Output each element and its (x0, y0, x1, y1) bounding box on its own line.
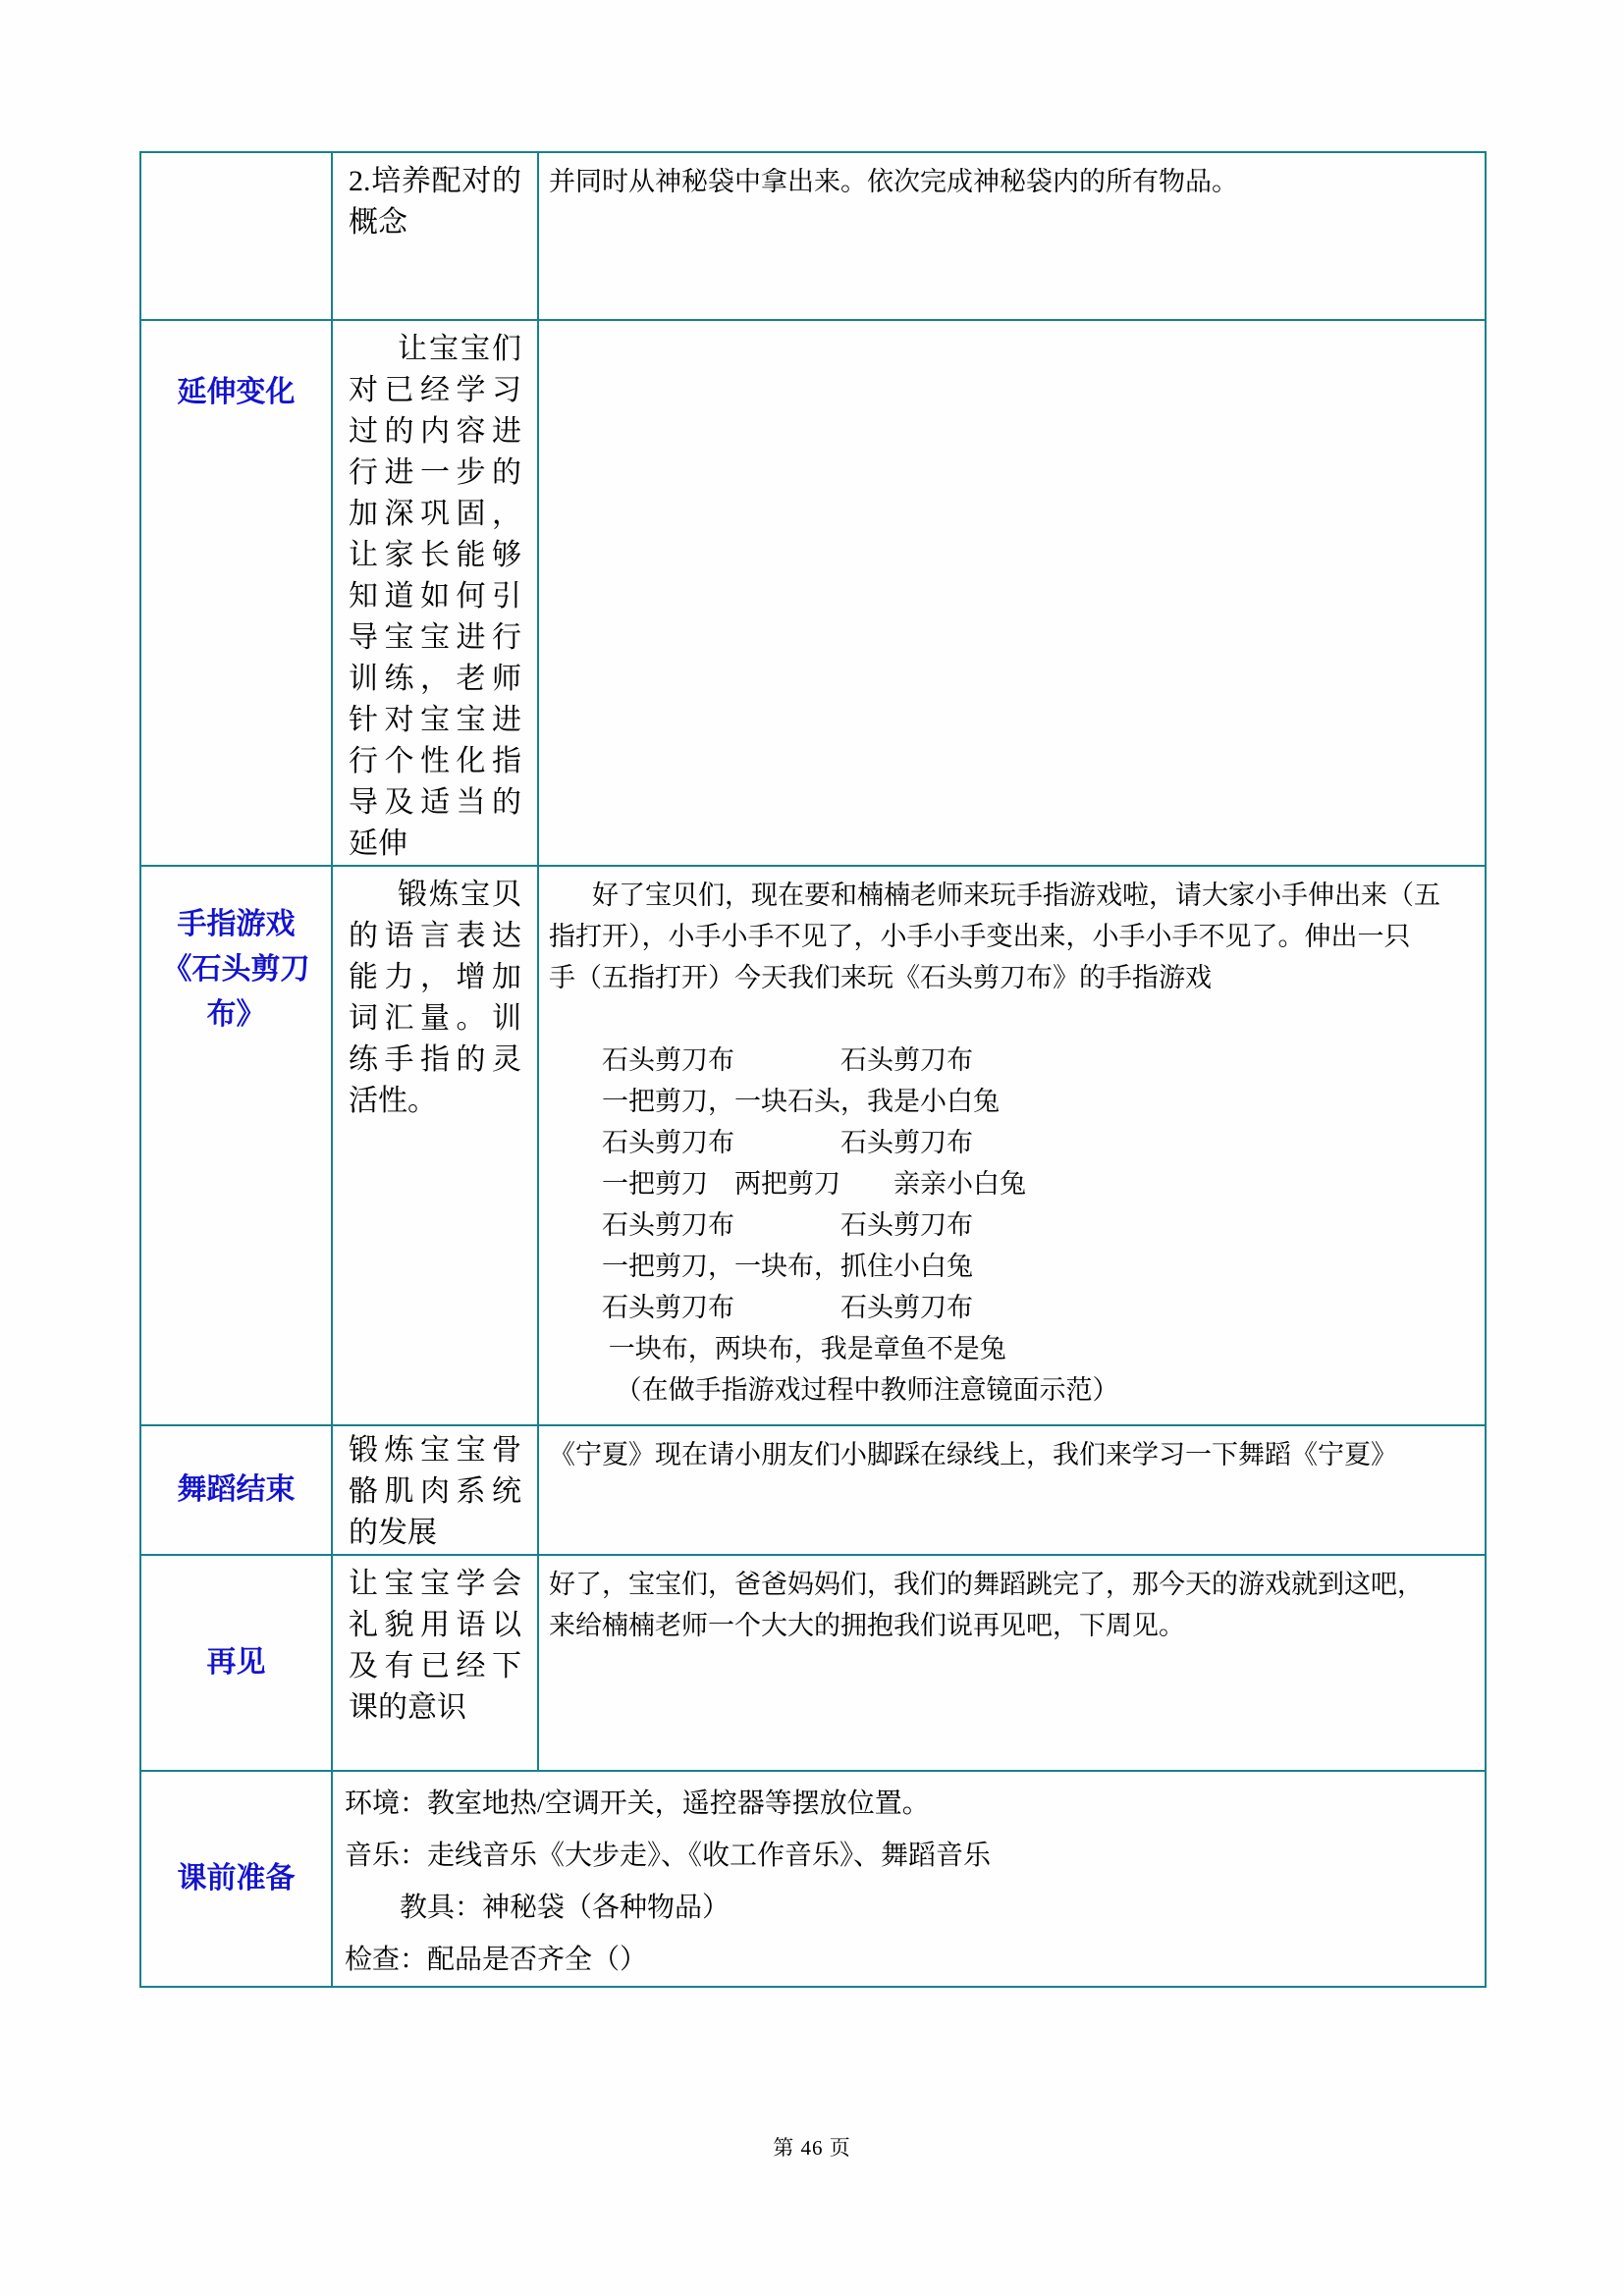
row3-objective-text: 锻炼宝贝的语言表达能力，增加词汇量。训练手指的灵活性。 (349, 875, 521, 1122)
row6-prep-line: 环境：教室地热/空调开关，遥控器等摆放位置。 (345, 1778, 1475, 1830)
row6-prep-cell: 环境：教室地热/空调开关，遥控器等摆放位置。 音乐：走线音乐《大步走》、《收工作… (332, 1771, 1486, 1987)
row3-rhyme-line: 一把剪刀 两把剪刀 亲亲小白兔 (549, 1163, 1477, 1204)
row6-label: 课前准备 (153, 1856, 319, 1901)
table-row-preparation: 课前准备 环境：教室地热/空调开关，遥控器等摆放位置。 音乐：走线音乐《大步走》… (140, 1771, 1486, 1987)
row3-rhyme-line: 一把剪刀，一块布，抓住小白兔 (549, 1246, 1477, 1287)
row1-objective-text: 2.培养配对的概念 (349, 161, 521, 243)
row3-rhyme-line: 一把剪刀，一块石头，我是小白兔 (549, 1081, 1477, 1122)
row6-prep-line: 检查：配品是否齐全（） (345, 1934, 1475, 1986)
row2-objective-cell: 让宝宝们对已经学习过的内容进行进一步的加深巩固，让家长能够知道如何引导宝宝进行训… (332, 320, 538, 866)
row2-content-cell (538, 320, 1486, 866)
row4-label-cell: 舞蹈结束 (140, 1425, 332, 1555)
lesson-plan-table: 2.培养配对的概念 并同时从神秘袋中拿出来。依次完成神秘袋内的所有物品。 延伸变… (139, 151, 1487, 1988)
row3-objective-cell: 锻炼宝贝的语言表达能力，增加词汇量。训练手指的灵活性。 (332, 866, 538, 1425)
row3-rhyme-line: （在做手指游戏过程中教师注意镜面示范） (549, 1369, 1477, 1411)
row3-rhyme-line: 石头剪刀布 石头剪刀布 (549, 1204, 1477, 1246)
row3-content-cell: 好了宝贝们，现在要和楠楠老师来玩手指游戏啦，请大家小手伸出来（五 指打开），小手… (538, 866, 1486, 1425)
row3-intro-line: 手（五指打开）今天我们来玩《石头剪刀布》的手指游戏 (549, 957, 1477, 998)
row5-content-line: 来给楠楠老师一个大大的拥抱我们说再见吧，下周见。 (549, 1605, 1477, 1646)
table-row-finger-game: 手指游戏《石头剪刀布》 锻炼宝贝的语言表达能力，增加词汇量。训练手指的灵活性。 … (140, 866, 1486, 1425)
page-number: 第 46 页 (0, 2132, 1624, 2162)
row3-rhyme-line: 一块布，两块布，我是章鱼不是兔 (549, 1328, 1477, 1369)
row5-label-cell: 再见 (140, 1555, 332, 1771)
table-row-extension: 延伸变化 让宝宝们对已经学习过的内容进行进一步的加深巩固，让家长能够知道如何引导… (140, 320, 1486, 866)
row4-content-cell: 《宁夏》现在请小朋友们小脚踩在绿线上，我们来学习一下舞蹈《宁夏》 (538, 1425, 1486, 1555)
row3-rhyme-line: 石头剪刀布 石头剪刀布 (549, 1122, 1477, 1163)
row4-content-line: 《宁夏》现在请小朋友们小脚踩在绿线上，我们来学习一下舞蹈《宁夏》 (549, 1434, 1477, 1475)
blank-line (549, 998, 1477, 1040)
row3-rhyme-line: 石头剪刀布 石头剪刀布 (549, 1287, 1477, 1328)
row3-rhyme-line: 石头剪刀布 石头剪刀布 (549, 1040, 1477, 1081)
table-row-dance-end: 舞蹈结束 锻炼宝宝骨骼肌肉系统的发展 《宁夏》现在请小朋友们小脚踩在绿线上，我们… (140, 1425, 1486, 1555)
table-row-goodbye: 再见 让宝宝学会礼貌用语以及有已经下课的意识 好了，宝宝们，爸爸妈妈们，我们的舞… (140, 1555, 1486, 1771)
row5-label: 再见 (153, 1640, 319, 1685)
row1-objective-cell: 2.培养配对的概念 (332, 152, 538, 320)
row1-content-cell: 并同时从神秘袋中拿出来。依次完成神秘袋内的所有物品。 (538, 152, 1486, 320)
table-row-matching-concept: 2.培养配对的概念 并同时从神秘袋中拿出来。依次完成神秘袋内的所有物品。 (140, 152, 1486, 320)
row4-objective-text: 锻炼宝宝骨骼肌肉系统的发展 (349, 1430, 521, 1554)
row4-objective-cell: 锻炼宝宝骨骼肌肉系统的发展 (332, 1425, 538, 1555)
row2-label: 延伸变化 (153, 370, 319, 415)
row1-label-cell (140, 152, 332, 320)
row2-objective-text: 让宝宝们对已经学习过的内容进行进一步的加深巩固，让家长能够知道如何引导宝宝进行训… (349, 329, 521, 865)
row6-label-cell: 课前准备 (140, 1771, 332, 1987)
row1-content-line: 并同时从神秘袋中拿出来。依次完成神秘袋内的所有物品。 (549, 161, 1477, 202)
row4-label: 舞蹈结束 (153, 1468, 319, 1513)
row6-prep-line: 教具：神秘袋（各种物品） (345, 1882, 1475, 1934)
row3-intro-line: 指打开），小手小手不见了，小手小手变出来，小手小手不见了。伸出一只 (549, 916, 1477, 957)
row3-label-cell: 手指游戏《石头剪刀布》 (140, 866, 332, 1425)
row6-prep-line: 音乐：走线音乐《大步走》、《收工作音乐》、舞蹈音乐 (345, 1830, 1475, 1882)
row5-content-cell: 好了，宝宝们，爸爸妈妈们，我们的舞蹈跳完了，那今天的游戏就到这吧， 来给楠楠老师… (538, 1555, 1486, 1771)
row2-label-cell: 延伸变化 (140, 320, 332, 866)
row5-objective-cell: 让宝宝学会礼貌用语以及有已经下课的意识 (332, 1555, 538, 1771)
row3-label: 手指游戏《石头剪刀布》 (153, 902, 319, 1038)
row5-content-line: 好了，宝宝们，爸爸妈妈们，我们的舞蹈跳完了，那今天的游戏就到这吧， (549, 1564, 1477, 1605)
document-page: 2.培养配对的概念 并同时从神秘袋中拿出来。依次完成神秘袋内的所有物品。 延伸变… (0, 0, 1624, 2296)
row3-intro-line: 好了宝贝们，现在要和楠楠老师来玩手指游戏啦，请大家小手伸出来（五 (549, 875, 1477, 916)
row5-objective-text: 让宝宝学会礼貌用语以及有已经下课的意识 (349, 1564, 521, 1729)
